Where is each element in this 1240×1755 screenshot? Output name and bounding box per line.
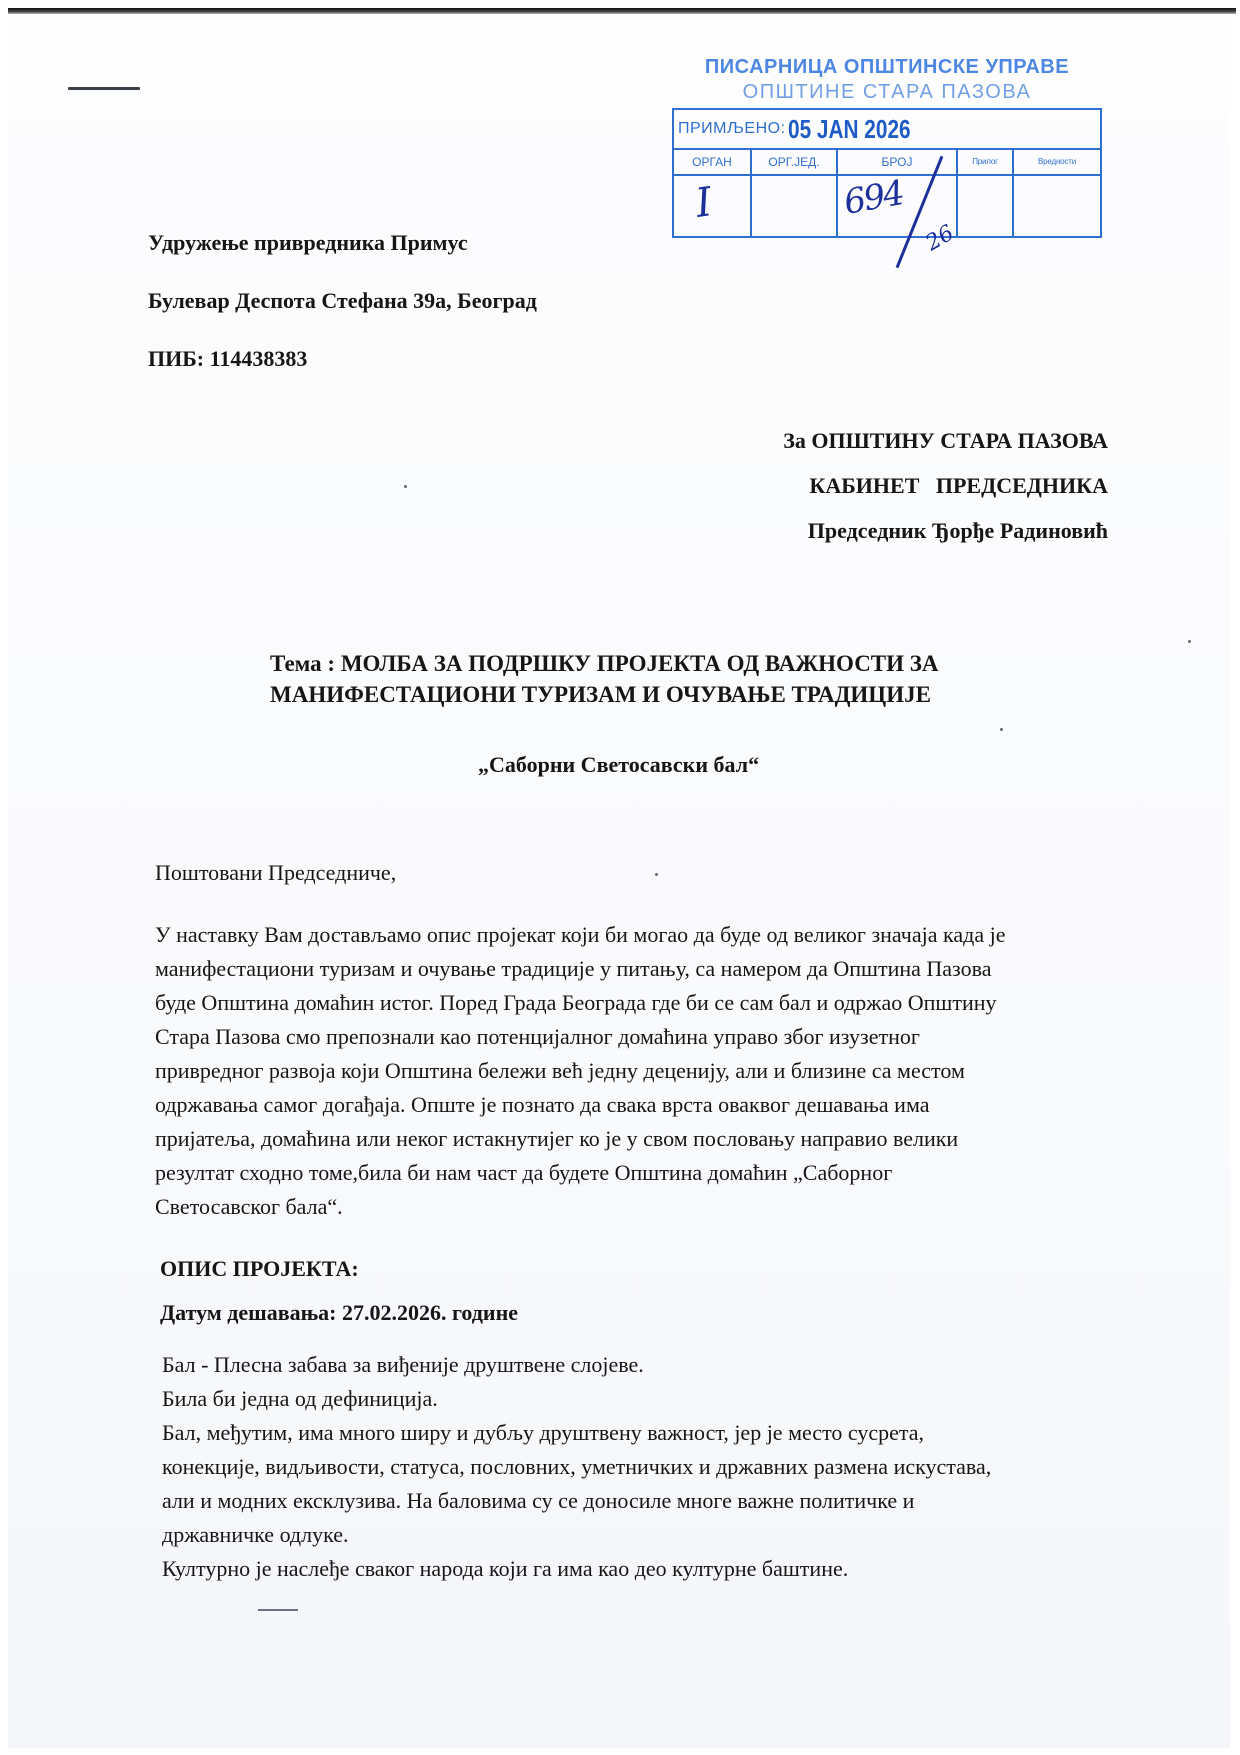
body-line: Светосавског бала“. — [155, 1190, 1115, 1224]
stamp-received-label: ПРИМЉЕНО: — [678, 120, 786, 138]
addressee-president: Председник Ђорђе Радиновић — [783, 520, 1108, 542]
addressee-block: За ОПШТИНУ СТАРА ПАЗОВА КАБИНЕТ ПРЕДСЕДН… — [783, 430, 1108, 565]
description-line: али и модних ексклузива. На баловима су … — [162, 1484, 1122, 1518]
sender-address: Булевар Деспота Стефана 39а, Београд — [148, 288, 537, 314]
subject-line1: Тема : МОЛБА ЗА ПОДРШКУ ПРОЈЕКТА ОД ВАЖН… — [270, 648, 939, 679]
body-line: Стара Пазова смо препознали као потенциј… — [155, 1020, 1115, 1054]
stamp-col-header: ОРГ.ЈЕД. — [752, 150, 836, 176]
body-line: пријатеља, домаћина или неког истакнутиј… — [155, 1122, 1115, 1156]
stamp-received-date: 05 JAN 2026 — [788, 114, 911, 145]
scan-top-edge — [8, 8, 1236, 14]
body-line: буде Општина домаћин истог. Поред Града … — [155, 986, 1115, 1020]
addressee-cabinet: КАБИНЕТ ПРЕДСЕДНИКА — [783, 475, 1108, 497]
letter-body: У наставку Вам достављамо опис пројекат … — [155, 918, 1115, 1224]
salutation: Поштовани Председниче, — [155, 860, 396, 886]
margin-mark — [68, 87, 140, 90]
stamp-col-header: Прилог — [958, 150, 1012, 176]
scan-speck — [655, 873, 658, 876]
project-heading: ОПИС ПРОЈЕКТА: — [160, 1256, 359, 1282]
scan-speck — [1188, 640, 1191, 643]
stamp-col-attachment: Прилог — [958, 150, 1014, 236]
stamp-col-organ: ОРГАН I — [674, 150, 752, 236]
event-date: Датум дешавања: 27.02.2026. године — [160, 1300, 518, 1326]
stamp-office-line1: ПИСАРНИЦА ОПШТИНСКЕ УПРАВЕ — [672, 56, 1102, 79]
body-line: одржавања самог догађаја. Опште је позна… — [155, 1088, 1115, 1122]
description-line: Бал, међутим, има много ширу и дубљу дру… — [162, 1416, 1122, 1450]
stamp-col-values: Вредности — [1014, 150, 1100, 236]
stamp-box: ПРИМЉЕНО: 05 JAN 2026 ОРГАН I ОРГ.ЈЕД. Б… — [672, 108, 1102, 238]
body-line: привредног развоја који Општина бележи в… — [155, 1054, 1115, 1088]
subject-block: Тема : МОЛБА ЗА ПОДРШКУ ПРОЈЕКТА ОД ВАЖН… — [270, 648, 939, 710]
sender-organization: Удружење привредника Примус — [148, 230, 468, 256]
description-line: државничке одлуке. — [162, 1518, 1122, 1552]
handwritten-number: 694 — [841, 173, 906, 223]
scan-speck — [404, 485, 407, 488]
body-line: резултат сходно томе,била би нам част да… — [155, 1156, 1115, 1190]
addressee-municipality: За ОПШТИНУ СТАРА ПАЗОВА — [783, 430, 1108, 452]
handwritten-organ: I — [693, 179, 715, 227]
margin-mark-bottom — [258, 1609, 298, 1611]
stamp-grid: ОРГАН I ОРГ.ЈЕД. БРОЈ 694 26 Прилог Вред… — [674, 150, 1100, 236]
subject-line2: МАНИФЕСТАЦИОНИ ТУРИЗАМ И ОЧУВАЊЕ ТРАДИЦИ… — [270, 679, 939, 710]
stamp-received-row: ПРИМЉЕНО: 05 JAN 2026 — [674, 110, 1100, 150]
description-line: Културно је наслеђе сваког народа који г… — [162, 1552, 1122, 1586]
event-name: „Саборни Светосавски бал“ — [478, 752, 759, 778]
stamp-col-number: БРОЈ 694 26 — [838, 150, 958, 236]
description-line: конекције, видљивости, статуса, пословни… — [162, 1450, 1122, 1484]
body-line: манифестациони туризам и очување традици… — [155, 952, 1115, 986]
description-line: Била би једна од дефиниција. — [162, 1382, 1122, 1416]
stamp-col-org-unit: ОРГ.ЈЕД. — [752, 150, 838, 236]
description-line: Бал - Плесна забава за виђеније друштвен… — [162, 1348, 1122, 1382]
stamp-col-header: ОРГАН — [674, 150, 750, 176]
project-description: Бал - Плесна забава за виђеније друштвен… — [162, 1348, 1122, 1586]
scan-speck — [1000, 728, 1003, 731]
stamp-col-header: Вредности — [1014, 150, 1100, 176]
scan-left-edge — [0, 8, 8, 1748]
body-line: У наставку Вам достављамо опис пројекат … — [155, 918, 1115, 952]
stamp-office-line2: ОПШТИНЕ СТАРА ПАЗОВА — [672, 81, 1102, 104]
sender-pib: ПИБ: 114438383 — [148, 346, 307, 372]
